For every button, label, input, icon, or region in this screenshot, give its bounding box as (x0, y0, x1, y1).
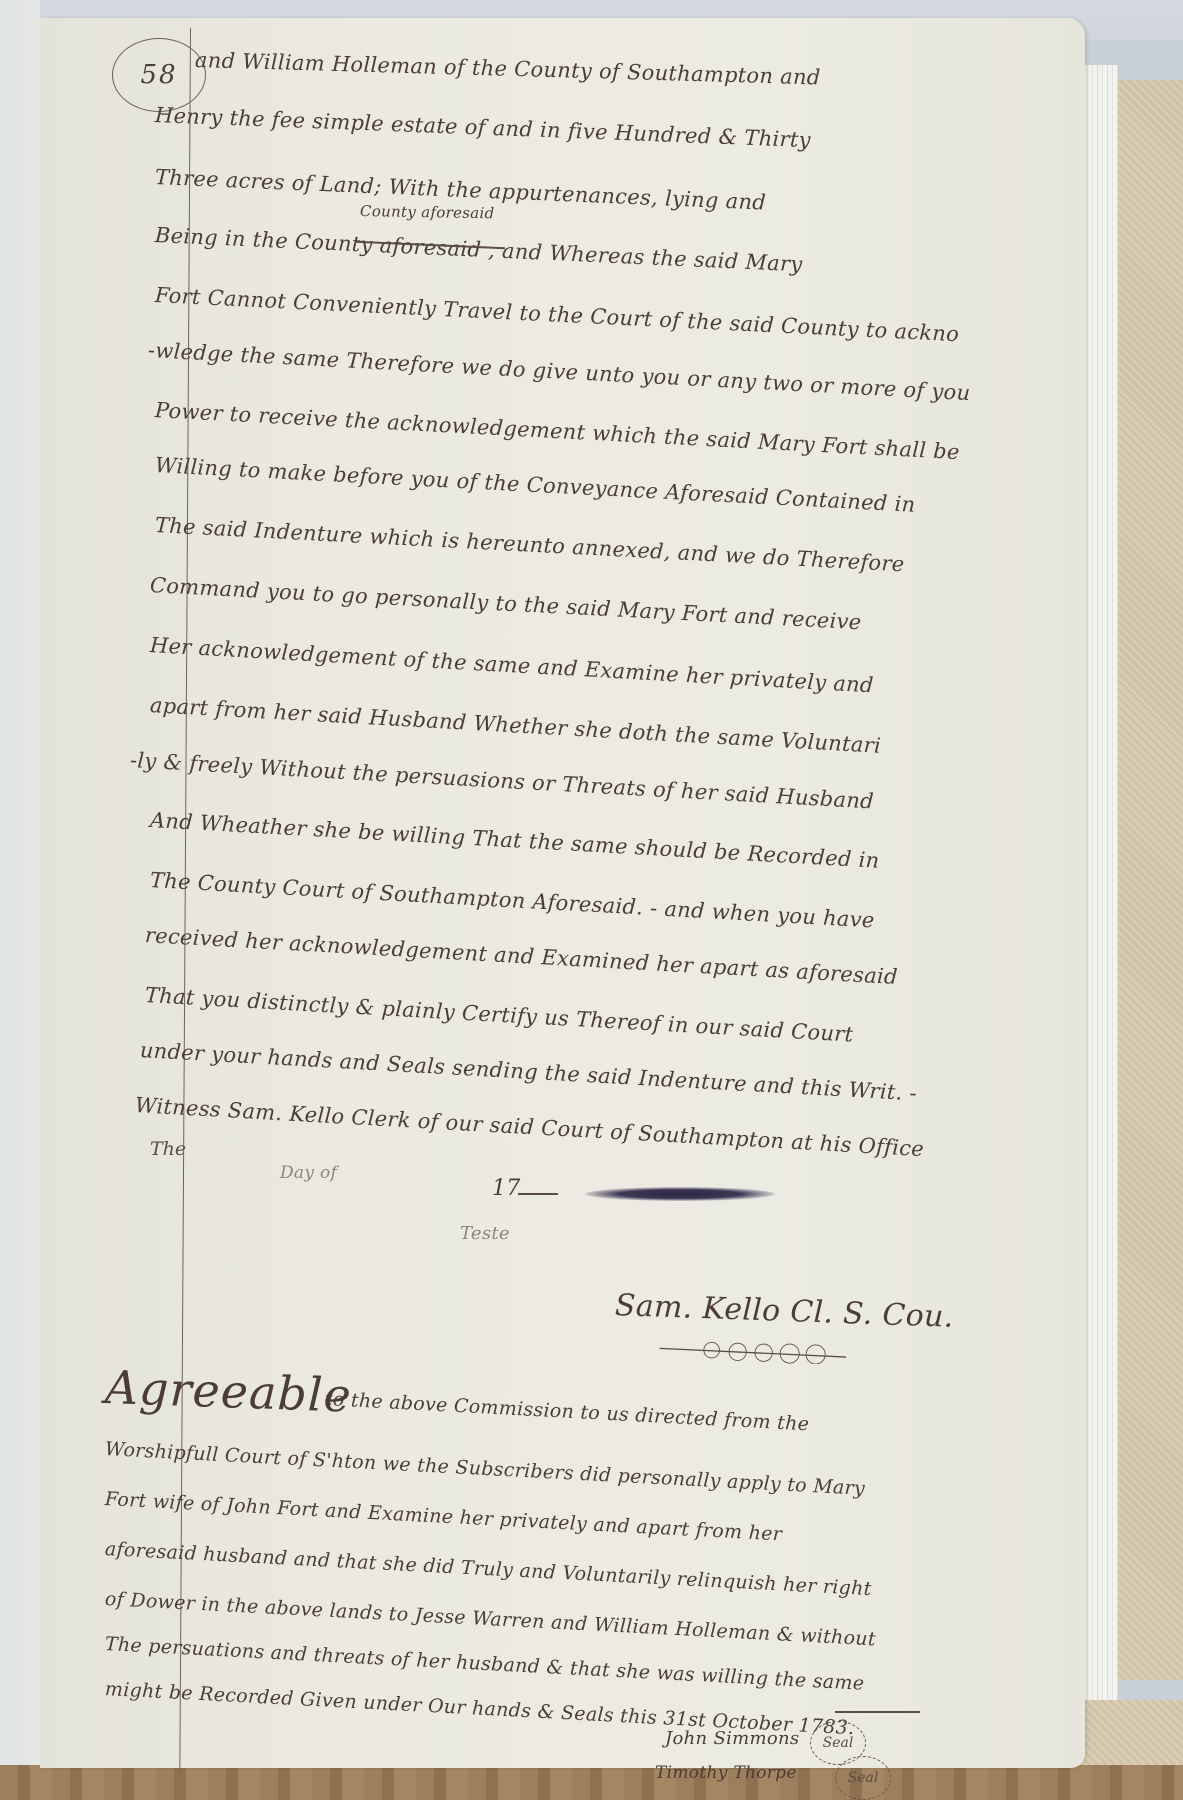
text-line: Power to receive the acknowledgement whi… (154, 398, 960, 464)
text-line: Fort Cannot Conveniently Travel to the C… (154, 283, 959, 346)
wooden-table (0, 1765, 1183, 1800)
certificate-line: Worshipfull Court of S'hton we the Subsc… (104, 1438, 865, 1500)
dash (835, 1711, 920, 1713)
certificate-line: Fort wife of John Fort and Examine her p… (104, 1488, 782, 1545)
day-of-blank: Day of (280, 1163, 337, 1183)
text-line: apart from her said Husband Whether she … (149, 693, 881, 758)
gutter (0, 0, 40, 1765)
book-cover-cloth (1110, 80, 1183, 1680)
text-line: Witness Sam. Kello Clerk of our said Cou… (134, 1093, 924, 1161)
text-line: The County Court of Southampton Aforesai… (149, 868, 875, 932)
text-line: received her acknowledgement and Examine… (144, 923, 898, 989)
interlinear-insert: County aforesaid (360, 202, 495, 222)
text-line: And Wheather she be willing That the sam… (149, 808, 880, 873)
page-number: 58 (112, 38, 206, 112)
text-line: That you distinctly & plainly Certify us… (144, 983, 854, 1047)
teste-label: Teste (460, 1223, 510, 1244)
text-line: Her acknowledgement of the same and Exam… (149, 633, 874, 697)
ink-blot (585, 1187, 775, 1201)
text-line: -wledge the same Therefore we do give un… (147, 338, 971, 405)
text-line: -ly & freely Without the persuasions or … (129, 748, 874, 814)
certificate-line: to the above Commission to us directed f… (324, 1388, 809, 1435)
dash (518, 1193, 558, 1195)
signature-flourish-icon (640, 1338, 870, 1364)
certificate-initial-word: Agreeable (104, 1360, 353, 1423)
manuscript-page: 58 and William Holleman of the County of… (40, 18, 1085, 1768)
text-line: under your hands and Seals sending the s… (139, 1038, 917, 1105)
text-line: Being in the County aforesaid , and Wher… (154, 223, 803, 276)
margin-note-the: The (150, 1138, 186, 1160)
text-line: Command you to go personally to the said… (149, 573, 862, 634)
certificate-line: aforesaid husband and that she did Truly… (104, 1538, 872, 1600)
signatory-name: John Simmons (665, 1728, 799, 1749)
text-line: Willing to make before you of the Convey… (154, 453, 916, 517)
year-prefix: 17 (492, 1176, 521, 1201)
clerk-signature: Sam. Kello Cl. S. Cou. (614, 1288, 954, 1335)
book-cover-cloth-bottom (1080, 1700, 1183, 1770)
seal-icon: Seal (835, 1756, 891, 1800)
text-line: The said Indenture which is hereunto ann… (154, 513, 905, 576)
text-line: Henry the fee simple estate of and in fi… (155, 103, 812, 152)
text-line: and William Holleman of the County of So… (195, 48, 821, 89)
signatory-name: Timothy Thorpe (655, 1763, 797, 1783)
